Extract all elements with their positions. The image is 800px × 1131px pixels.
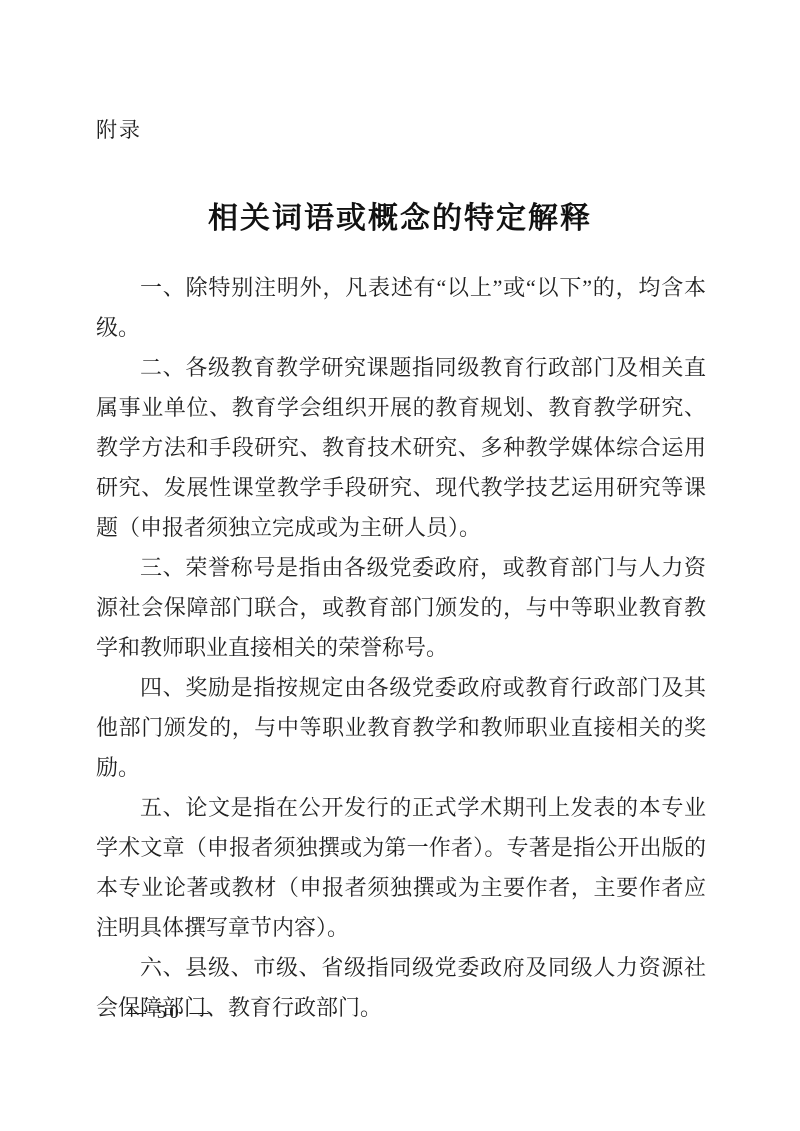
paragraph: 三、荣誉称号是指由各级党委政府，或教育部门与人力资源社会保障部门联合，或教育部门… [96, 548, 706, 668]
paragraph: 四、奖励是指按规定由各级党委政府或教育行政部门及其他部门颁发的，与中等职业教育教… [96, 668, 706, 788]
paragraph: 一、除特别注明外，凡表述有“以上”或“以下”的，均含本级。 [96, 268, 706, 348]
paragraph: 二、各级教育教学研究课题指同级教育行政部门及相关直属事业单位、教育学会组织开展的… [96, 348, 706, 548]
appendix-label: 附录 [96, 114, 142, 144]
page-title: 相关词语或概念的特定解释 [0, 193, 800, 237]
paragraph: 五、论文是指在公开发行的正式学术期刊上发表的本专业学术文章（申报者须独撰或为第一… [96, 788, 706, 948]
document-page: 附录 相关词语或概念的特定解释 一、除特别注明外，凡表述有“以上”或“以下”的，… [0, 0, 800, 1131]
page-number: — 50 — [127, 1002, 212, 1024]
document-body: 一、除特别注明外，凡表述有“以上”或“以下”的，均含本级。 二、各级教育教学研究… [96, 268, 706, 1028]
